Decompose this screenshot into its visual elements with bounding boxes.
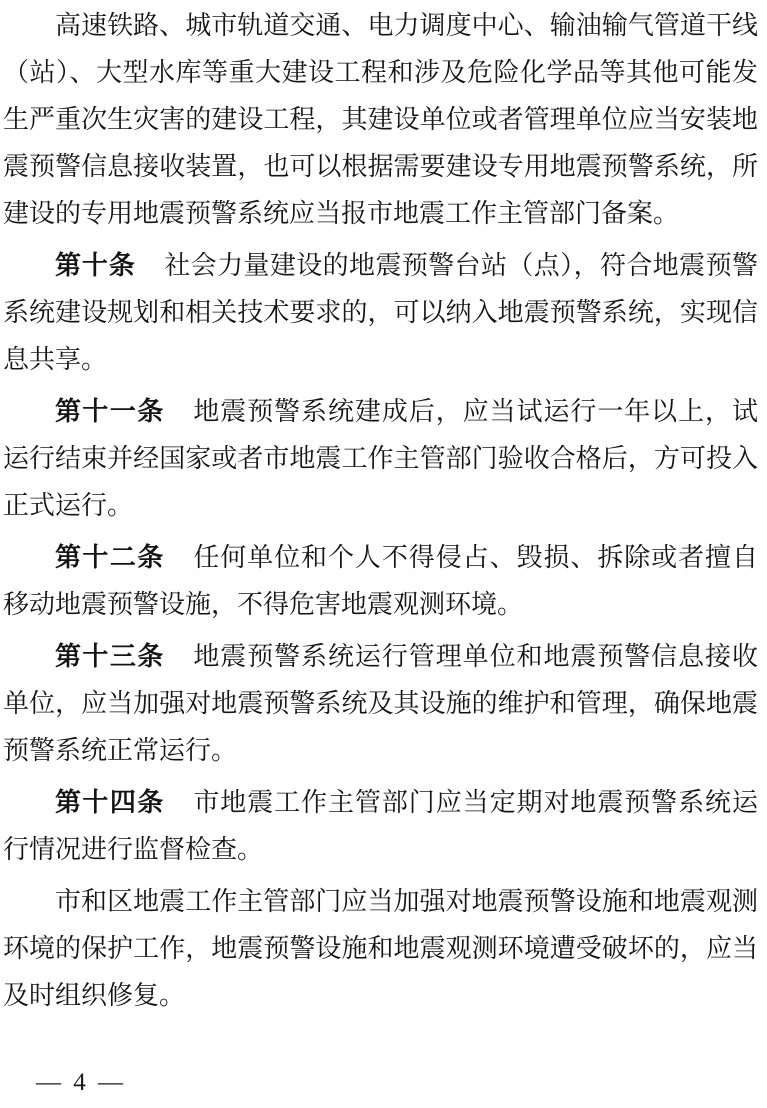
article-number-heading: 第十二条 — [55, 542, 165, 572]
article-paragraph: 第十四条市地震工作主管部门应当定期对地震预警系统运行情况进行监督检查。 — [3, 779, 758, 873]
article-number-heading: 第十一条 — [55, 396, 165, 426]
article-paragraph: 第十三条地震预警系统运行管理单位和地震预警信息接收单位，应当加强对地震预警系统及… — [3, 633, 758, 774]
document-page: 高速铁路、城市轨道交通、电力调度中心、输油输气管道干线（站）、大型水库等重大建设… — [0, 0, 767, 1019]
paragraph-text: 市和区地震工作主管部门应当加强对地震预警设施和地震观测环境的保护工作，地震预警设… — [3, 887, 758, 1010]
paragraph-text: 高速铁路、城市轨道交通、电力调度中心、输油输气管道干线（站）、大型水库等重大建设… — [3, 11, 758, 228]
page-number: — 4 — — [36, 1068, 126, 1098]
article-number-heading: 第十四条 — [55, 787, 165, 817]
article-number-heading: 第十条 — [55, 250, 136, 280]
article-paragraph: 第十条社会力量建设的地震预警台站（点），符合地震预警系统建设规划和相关技术要求的… — [3, 242, 758, 383]
paragraph-container: 高速铁路、城市轨道交通、电力调度中心、输油输气管道干线（站）、大型水库等重大建设… — [3, 2, 758, 1019]
body-paragraph: 高速铁路、城市轨道交通、电力调度中心、输油输气管道干线（站）、大型水库等重大建设… — [3, 2, 758, 237]
article-paragraph: 第十二条任何单位和个人不得侵占、毁损、拆除或者擅自移动地震预警设施，不得危害地震… — [3, 534, 758, 628]
body-paragraph: 市和区地震工作主管部门应当加强对地震预警设施和地震观测环境的保护工作，地震预警设… — [3, 878, 758, 1019]
article-number-heading: 第十三条 — [55, 641, 165, 671]
article-paragraph: 第十一条地震预警系统建成后，应当试运行一年以上，试运行结束并经国家或者市地震工作… — [3, 388, 758, 529]
